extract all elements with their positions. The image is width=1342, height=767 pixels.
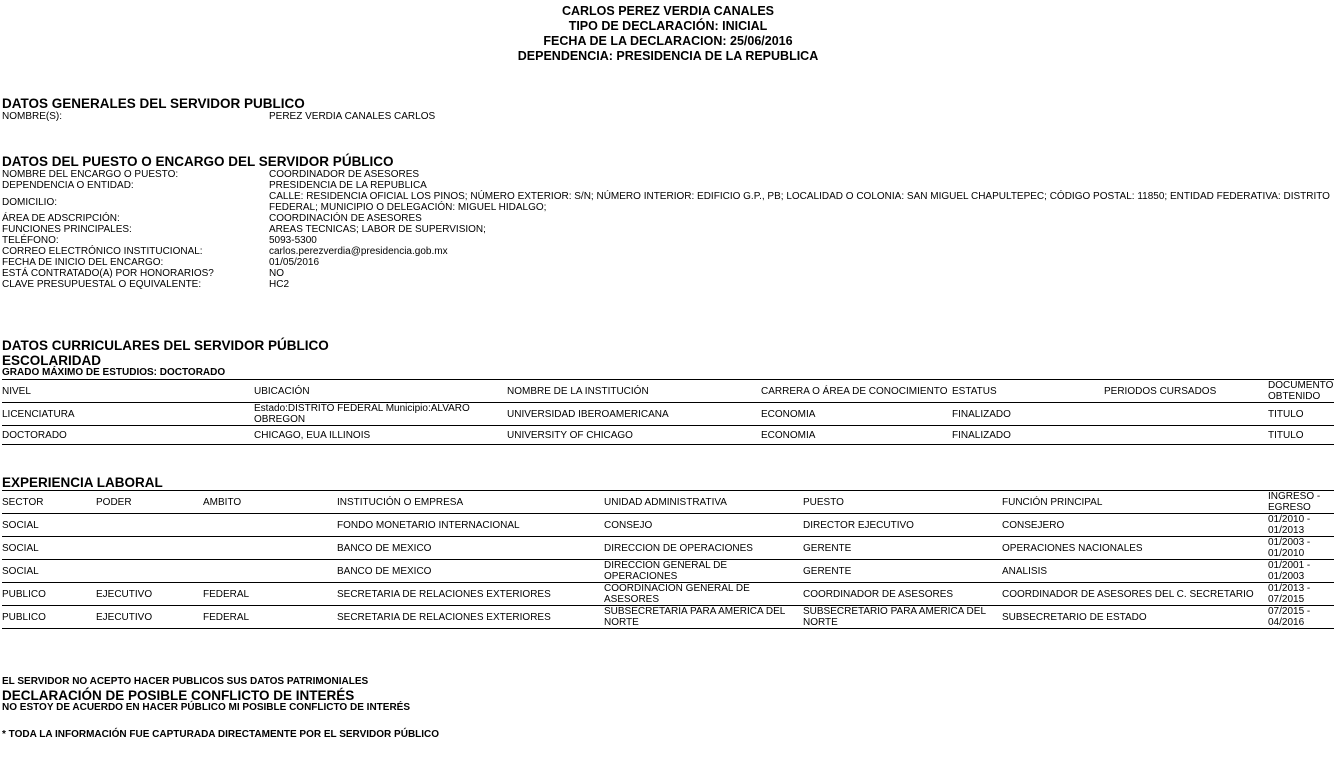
table-cell: ANALISIS	[1002, 560, 1268, 583]
table-cell: SECRETARIA DE RELACIONES EXTERIORES	[337, 606, 604, 629]
field-label: ESTÁ CONTRATADO(A) POR HONORARIOS?	[2, 268, 269, 279]
table-row: SOCIAL BANCO DE MEXICO DIRECCION DE OPER…	[2, 537, 1334, 560]
table-cell: COORDINACION GENERAL DE ASESORES	[604, 583, 803, 606]
escolaridad-table: NIVEL UBICACIÓN NOMBRE DE LA INSTITUCIÓN…	[2, 379, 1334, 445]
table-cell: BANCO DE MEXICO	[337, 560, 604, 583]
table-header-row: NIVEL UBICACIÓN NOMBRE DE LA INSTITUCIÓN…	[2, 380, 1334, 403]
field-label: CLAVE PRESUPUESTAL O EQUIVALENTE:	[2, 279, 269, 290]
field-row: FECHA DE INICIO DEL ENCARGO:01/05/2016	[2, 257, 1336, 268]
table-cell	[1104, 426, 1268, 445]
table-cell	[203, 537, 337, 560]
column-header: PODER	[96, 491, 203, 514]
capture-note: * TODA LA INFORMACIÓN FUE CAPTURADA DIRE…	[2, 729, 439, 741]
field-row: ESTÁ CONTRATADO(A) POR HONORARIOS?NO	[2, 268, 1336, 279]
subsection-title-escolaridad: ESCOLARIDAD	[2, 353, 101, 368]
field-value: PRESIDENCIA DE LA REPUBLICA	[269, 180, 1336, 191]
field-value: HC2	[269, 279, 1336, 290]
declaration-date: FECHA DE LA DECLARACION: 25/06/2016	[0, 34, 1336, 49]
field-value: COORDINACIÓN DE ASESORES	[269, 213, 1336, 224]
column-header: INSTITUCIÓN O EMPRESA	[337, 491, 604, 514]
table-cell: 01/2001 - 01/2003	[1268, 560, 1334, 583]
column-header: PERIODOS CURSADOS	[1104, 380, 1268, 403]
field-value: PEREZ VERDIA CANALES CARLOS	[269, 111, 1336, 122]
table-cell: FINALIZADO	[952, 426, 1104, 445]
field-row: NOMBRE(S): PEREZ VERDIA CANALES CARLOS	[2, 111, 1336, 122]
table-cell: FONDO MONETARIO INTERNACIONAL	[337, 514, 604, 537]
field-value: COORDINADOR DE ASESORES	[269, 169, 1336, 180]
section-title-puesto: DATOS DEL PUESTO O ENCARGO DEL SERVIDOR …	[2, 154, 394, 169]
section-title-curriculares: DATOS CURRICULARES DEL SERVIDOR PÚBLICO	[2, 338, 329, 353]
section-title-conflicto: DECLARACIÓN DE POSIBLE CONFLICTO DE INTE…	[2, 688, 354, 703]
table-cell: UNIVERSITY OF CHICAGO	[507, 426, 761, 445]
column-header: UNIDAD ADMINISTRATIVA	[604, 491, 803, 514]
field-value: NO	[269, 268, 1336, 279]
field-row: CLAVE PRESUPUESTAL O EQUIVALENTE:HC2	[2, 279, 1336, 290]
table-cell: CHICAGO, EUA ILLINOIS	[254, 426, 507, 445]
table-cell: EJECUTIVO	[96, 606, 203, 629]
column-header: INGRESO - EGRESO	[1268, 491, 1334, 514]
declaration-header: CARLOS PEREZ VERDIA CANALES TIPO DE DECL…	[0, 4, 1336, 64]
field-label: NOMBRE(S):	[2, 111, 269, 122]
field-row: CORREO ELECTRÓNICO INSTITUCIONAL:carlos.…	[2, 246, 1336, 257]
table-cell	[1104, 403, 1268, 426]
field-label: FUNCIONES PRINCIPALES:	[2, 224, 269, 235]
table-cell: 07/2015 - 04/2016	[1268, 606, 1334, 629]
table-cell	[96, 537, 203, 560]
table-cell: 01/2003 - 01/2010	[1268, 537, 1334, 560]
section-title-experiencia: EXPERIENCIA LABORAL	[2, 475, 163, 490]
field-label: DEPENDENCIA O ENTIDAD:	[2, 180, 269, 191]
table-row: PUBLICO EJECUTIVO FEDERAL SECRETARIA DE …	[2, 583, 1334, 606]
puesto-fields: NOMBRE DEL ENCARGO O PUESTO:COORDINADOR …	[2, 169, 1336, 290]
table-cell: DOCTORADO	[2, 426, 254, 445]
table-cell: ECONOMIA	[761, 403, 952, 426]
field-value: 01/05/2016	[269, 257, 1336, 268]
conflicto-notice: NO ESTOY DE ACUERDO EN HACER PÚBLICO MI …	[2, 702, 410, 714]
table-cell: SUBSECRETARIO DE ESTADO	[1002, 606, 1268, 629]
table-cell	[96, 560, 203, 583]
table-cell: DIRECTOR EJECUTIVO	[803, 514, 1002, 537]
column-header: FUNCIÓN PRINCIPAL	[1002, 491, 1268, 514]
table-cell: CONSEJO	[604, 514, 803, 537]
field-label: NOMBRE DEL ENCARGO O PUESTO:	[2, 169, 269, 180]
table-cell: DIRECCION GENERAL DE OPERACIONES	[604, 560, 803, 583]
field-row: NOMBRE DEL ENCARGO O PUESTO:COORDINADOR …	[2, 169, 1336, 180]
table-cell	[96, 514, 203, 537]
email-value: carlos.perezverdia@presidencia.gob.mx	[269, 246, 1336, 257]
field-row: ÁREA DE ADSCRIPCIÓN:COORDINACIÓN DE ASES…	[2, 213, 1336, 224]
column-header: CARRERA O ÁREA DE CONOCIMIENTO	[761, 380, 952, 403]
table-cell: TITULO	[1268, 426, 1334, 445]
column-header: SECTOR	[2, 491, 96, 514]
column-header: ESTATUS	[952, 380, 1104, 403]
table-cell: CONSEJERO	[1002, 514, 1268, 537]
table-cell: UNIVERSIDAD IBEROAMERICANA	[507, 403, 761, 426]
table-cell: EJECUTIVO	[96, 583, 203, 606]
patrimonial-notice: EL SERVIDOR NO ACEPTO HACER PUBLICOS SUS…	[2, 676, 368, 688]
table-row: LICENCIATURA Estado:DISTRITO FEDERAL Mun…	[2, 403, 1334, 426]
table-cell: SOCIAL	[2, 537, 96, 560]
table-row: DOCTORADO CHICAGO, EUA ILLINOIS UNIVERSI…	[2, 426, 1334, 445]
table-cell: FINALIZADO	[952, 403, 1104, 426]
table-cell: ECONOMIA	[761, 426, 952, 445]
column-header: AMBITO	[203, 491, 337, 514]
column-header: PUESTO	[803, 491, 1002, 514]
table-row: SOCIAL BANCO DE MEXICO DIRECCION GENERAL…	[2, 560, 1334, 583]
table-cell: TITULO	[1268, 403, 1334, 426]
table-cell: BANCO DE MEXICO	[337, 537, 604, 560]
field-row: TELÉFONO:5093-5300	[2, 235, 1336, 246]
table-cell: 01/2010 - 01/2013	[1268, 514, 1334, 537]
servant-name: CARLOS PEREZ VERDIA CANALES	[0, 4, 1336, 19]
table-row: SOCIAL FONDO MONETARIO INTERNACIONAL CON…	[2, 514, 1334, 537]
table-cell: GERENTE	[803, 537, 1002, 560]
table-cell: PUBLICO	[2, 606, 96, 629]
field-value: 5093-5300	[269, 235, 1336, 246]
table-cell: PUBLICO	[2, 583, 96, 606]
table-header-row: SECTOR PODER AMBITO INSTITUCIÓN O EMPRES…	[2, 491, 1334, 514]
field-row: DEPENDENCIA O ENTIDAD:PRESIDENCIA DE LA …	[2, 180, 1336, 191]
field-label: TELÉFONO:	[2, 235, 269, 246]
table-cell: DIRECCION DE OPERACIONES	[604, 537, 803, 560]
table-cell: SOCIAL	[2, 560, 96, 583]
field-value: AREAS TECNICAS; LABOR DE SUPERVISION;	[269, 224, 1336, 235]
table-cell: SUBSECRETARIO PARA AMERICA DEL NORTE	[803, 606, 1002, 629]
table-row: PUBLICO EJECUTIVO FEDERAL SECRETARIA DE …	[2, 606, 1334, 629]
field-label: CORREO ELECTRÓNICO INSTITUCIONAL:	[2, 246, 269, 257]
column-header: DOCUMENTO OBTENIDO	[1268, 380, 1334, 403]
field-label: ÁREA DE ADSCRIPCIÓN:	[2, 213, 269, 224]
column-header: UBICACIÓN	[254, 380, 507, 403]
grado-maximo: GRADO MÁXIMO DE ESTUDIOS: DOCTORADO	[2, 367, 225, 379]
section-title-generales: DATOS GENERALES DEL SERVIDOR PUBLICO	[2, 96, 305, 111]
table-cell: SUBSECRETARIA PARA AMERICA DEL NORTE	[604, 606, 803, 629]
declaration-type: TIPO DE DECLARACIÓN: INICIAL	[0, 19, 1336, 34]
column-header: NOMBRE DE LA INSTITUCIÓN	[507, 380, 761, 403]
declaration-dependency: DEPENDENCIA: PRESIDENCIA DE LA REPUBLICA	[0, 49, 1336, 64]
table-cell: SOCIAL	[2, 514, 96, 537]
column-header: NIVEL	[2, 380, 254, 403]
table-cell	[203, 514, 337, 537]
field-label: DOMICILIO:	[2, 197, 269, 208]
table-cell: FEDERAL	[203, 583, 337, 606]
table-cell	[203, 560, 337, 583]
table-cell: COORDINADOR DE ASESORES	[803, 583, 1002, 606]
table-cell: COORDINADOR DE ASESORES DEL C. SECRETARI…	[1002, 583, 1268, 606]
table-cell: LICENCIATURA	[2, 403, 254, 426]
generales-fields: NOMBRE(S): PEREZ VERDIA CANALES CARLOS	[2, 111, 1336, 122]
table-cell: GERENTE	[803, 560, 1002, 583]
table-cell: 01/2013 - 07/2015	[1268, 583, 1334, 606]
table-cell: SECRETARIA DE RELACIONES EXTERIORES	[337, 583, 604, 606]
table-cell: Estado:DISTRITO FEDERAL Municipio:ALVARO…	[254, 403, 507, 426]
experiencia-table: SECTOR PODER AMBITO INSTITUCIÓN O EMPRES…	[2, 490, 1334, 629]
field-label: FECHA DE INICIO DEL ENCARGO:	[2, 257, 269, 268]
table-cell: FEDERAL	[203, 606, 337, 629]
field-row: DOMICILIO:CALLE: RESIDENCIA OFICIAL LOS …	[2, 191, 1336, 213]
table-cell: OPERACIONES NACIONALES	[1002, 537, 1268, 560]
field-value: CALLE: RESIDENCIA OFICIAL LOS PINOS; NÚM…	[269, 191, 1336, 213]
field-row: FUNCIONES PRINCIPALES:AREAS TECNICAS; LA…	[2, 224, 1336, 235]
